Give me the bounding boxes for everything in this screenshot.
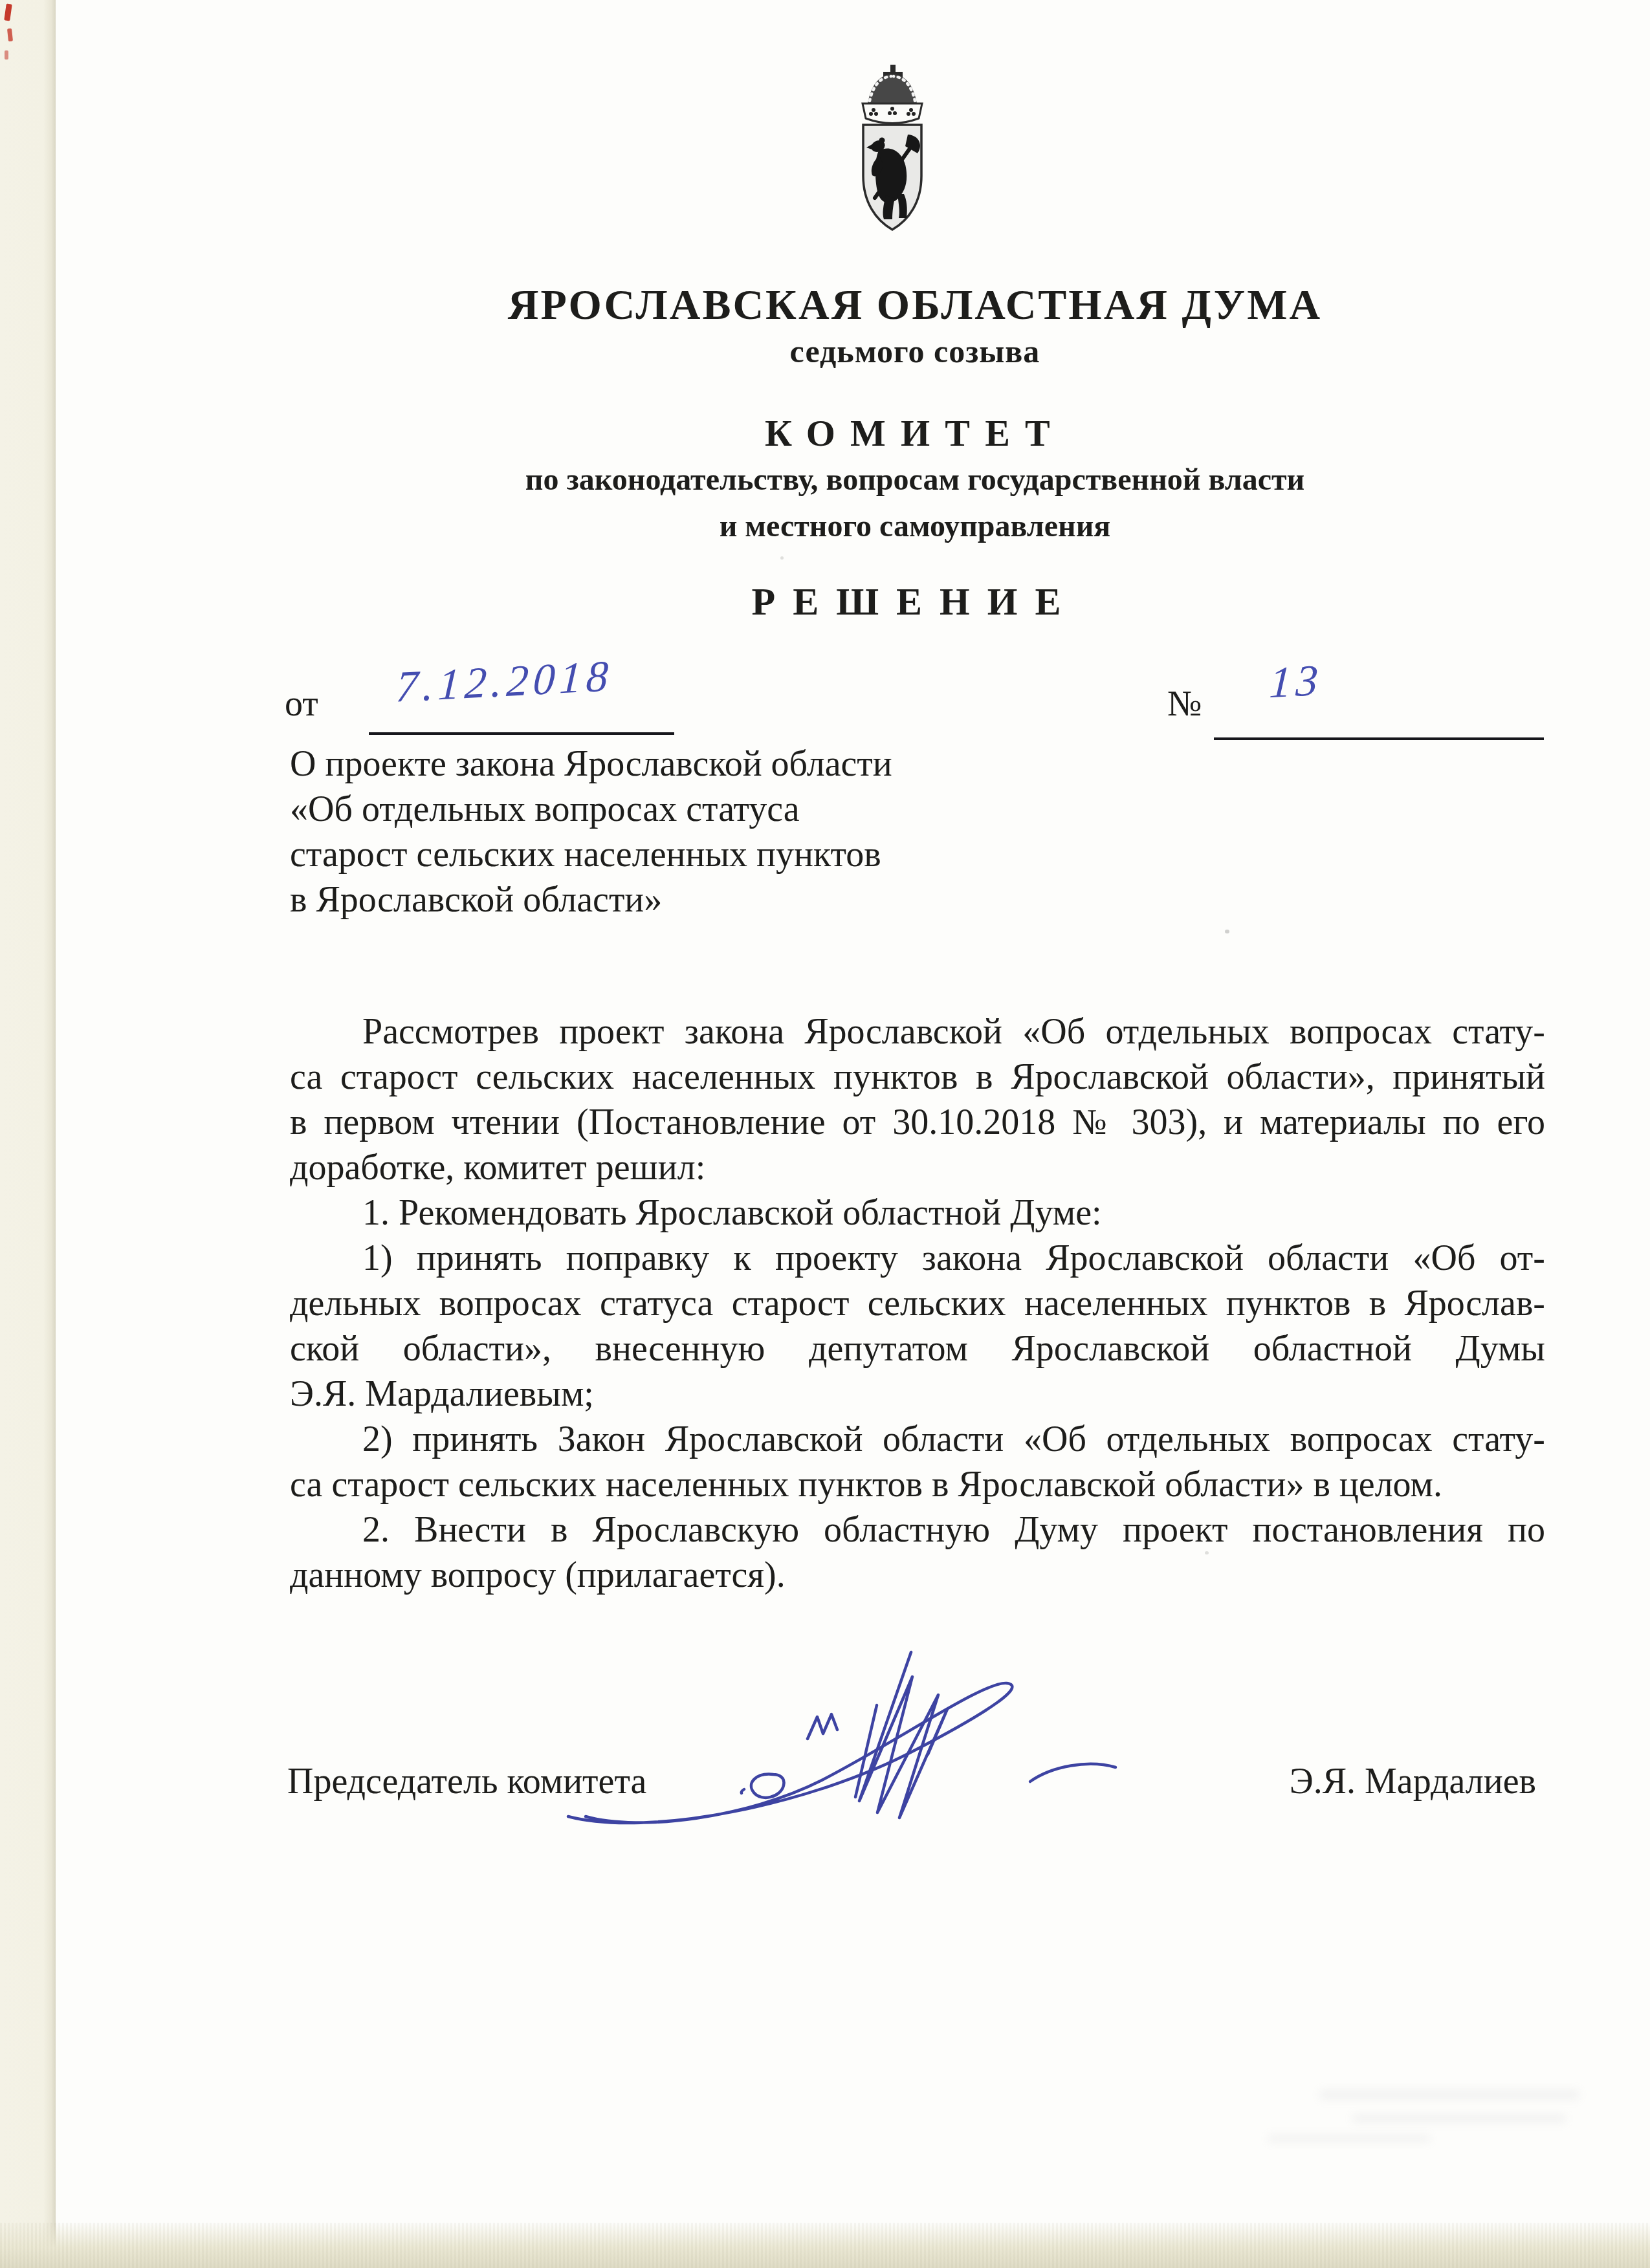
body-line: доработке, комитет решил: — [290, 1145, 1545, 1190]
scan-bleedthrough — [1320, 2089, 1579, 2100]
page-title-organization: ЯРОСЛАВСКАЯ ОБЛАСТНАЯ ДУМА — [284, 281, 1546, 330]
number-label: № — [1167, 683, 1202, 725]
subject-line: старост сельских населенных пунктов — [290, 832, 892, 877]
convocation-subtitle: седьмого созыва — [284, 333, 1546, 370]
subject-line: «Об отдельных вопросах статуса — [290, 787, 892, 832]
body-line: 2) принять Закон Ярославской области «Об… — [290, 1417, 1545, 1462]
document-type-title: РЕШЕНИЕ — [284, 580, 1546, 624]
scan-bleedthrough — [1352, 2114, 1566, 2123]
scan-bottom-edge — [0, 2223, 1650, 2268]
coat-of-arms-yaroslavl-icon — [846, 62, 938, 234]
body-line: Рассмотрев проект закона Ярославской «Об… — [290, 1009, 1545, 1054]
body-line: Э.Я. Мардалиевым; — [290, 1371, 1545, 1417]
scan-bleedthrough — [1268, 2135, 1430, 2143]
body-text: Рассмотрев проект закона Ярославской «Об… — [290, 1009, 1545, 1598]
scan-speck — [780, 556, 784, 560]
crown-icon — [863, 65, 922, 124]
committee-scope-line2: и местного самоуправления — [284, 503, 1546, 550]
date-rule — [369, 732, 674, 735]
body-line: дельных вопросах статуса старост сельски… — [290, 1281, 1545, 1326]
number-rule — [1214, 737, 1544, 740]
committee-scope: по законодательству, вопросам государств… — [284, 457, 1546, 550]
body-line: са старост сельских населенных пунктов в… — [290, 1054, 1545, 1100]
scanned-document-page: ЯРОСЛАВСКАЯ ОБЛАСТНАЯ ДУМА седьмого созы… — [0, 0, 1650, 2268]
scan-speck — [1225, 930, 1229, 933]
signatory-name: Э.Я. Мардалиев — [1262, 1761, 1536, 1802]
committee-title: КОМИТЕТ — [284, 411, 1546, 455]
subject-block: О проекте закона Ярославской области «Об… — [290, 741, 892, 922]
date-label: от — [285, 683, 318, 725]
subject-line: в Ярославской области» — [290, 877, 892, 922]
body-line: в первом чтении (Постановление от 30.10.… — [290, 1100, 1545, 1145]
body-line: са старост сельских населенных пунктов в… — [290, 1462, 1545, 1507]
body-line: 1) принять поправку к проекту закона Яро… — [290, 1236, 1545, 1281]
body-line: 1. Рекомендовать Ярославской областной Д… — [290, 1190, 1545, 1236]
handwritten-date: 7.12.2018 — [395, 650, 614, 713]
body-line: ской области», внесенную депутатом Яросл… — [290, 1326, 1545, 1371]
handwritten-signature — [550, 1643, 1197, 1850]
scan-left-edge — [0, 0, 56, 2268]
subject-line: О проекте закона Ярославской области — [290, 741, 892, 787]
body-line: данному вопросу (прилагается). — [290, 1553, 1545, 1598]
body-line: 2. Внести в Ярославскую областную Думу п… — [290, 1507, 1545, 1553]
handwritten-number: 13 — [1268, 655, 1324, 709]
committee-scope-line1: по законодательству, вопросам государств… — [284, 457, 1546, 503]
scan-corner-mark — [5, 50, 8, 60]
shield-icon — [863, 125, 921, 230]
